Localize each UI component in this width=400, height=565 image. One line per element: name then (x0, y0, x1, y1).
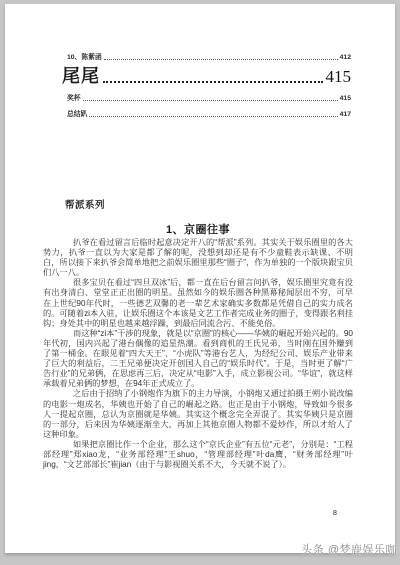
body-text: 扒爷在看过留言后临时起意决定开八的“帮派”系列。其实关于娱乐圈里的各大势力，扒爷… (43, 238, 353, 470)
toc-entry-page: 415 (326, 66, 352, 87)
paragraph: 而这种“zi本”干涉的现象，就是以“京圈”的核心——华姨的崛起开始兴起的。90年… (43, 329, 353, 390)
toc-entry-label: 奖杯 (67, 94, 81, 103)
screenshot-root: { "toc": { "entries": [ { "label": "10、陈… (0, 0, 400, 565)
toc-entry: 奖杯 415 (67, 94, 351, 103)
paragraph: 很多宝贝在看过“四旦双冰”后，都一直在后台留言问扒爷，娱乐圈里究竟有没有出身清白… (43, 278, 353, 328)
dot-leader (89, 116, 337, 117)
chapter-title: 1、京圈往事 (43, 221, 353, 237)
toc-entry: 10、陈紫函 412 (67, 53, 351, 62)
toc-entry: 尾尾 415 (62, 65, 351, 87)
dot-leader (103, 81, 323, 83)
dot-leader (104, 59, 338, 60)
toc-entry-label: 10、陈紫函 (67, 53, 102, 62)
paragraph: 扒爷在看过留言后临时起意决定开八的“帮派”系列。其实关于娱乐圈里的各大势力，扒爷… (43, 238, 353, 278)
paragraph: 之后由于招纳了小钢炮作为旗下的主力导演，小钢炮又通过拍摄王朔小说改编的电影一炮成… (43, 389, 353, 439)
dot-leader (83, 100, 338, 101)
page-number: 8 (333, 510, 337, 517)
toc-entry-page: 415 (340, 94, 351, 103)
watermark: 头条 @梦鹿娱乐咖 (301, 541, 397, 557)
toc-entry-label: 尾尾 (62, 65, 100, 87)
section-title: 帮派系列 (65, 197, 105, 211)
paragraph: 如果把京圈比作一个企业，那么这个“京氏企业”有五位“元老”，分别是：“工程部经理… (43, 440, 353, 470)
document-page: 10、陈紫函 412 尾尾 415 奖杯 415 总结趴 417 帮派系列 1、… (5, 4, 395, 553)
toc-entry-page: 417 (340, 110, 351, 119)
toc-entry-page: 412 (340, 53, 351, 62)
toc-entry: 总结趴 417 (67, 110, 351, 119)
toc-entry-label: 总结趴 (67, 110, 87, 119)
